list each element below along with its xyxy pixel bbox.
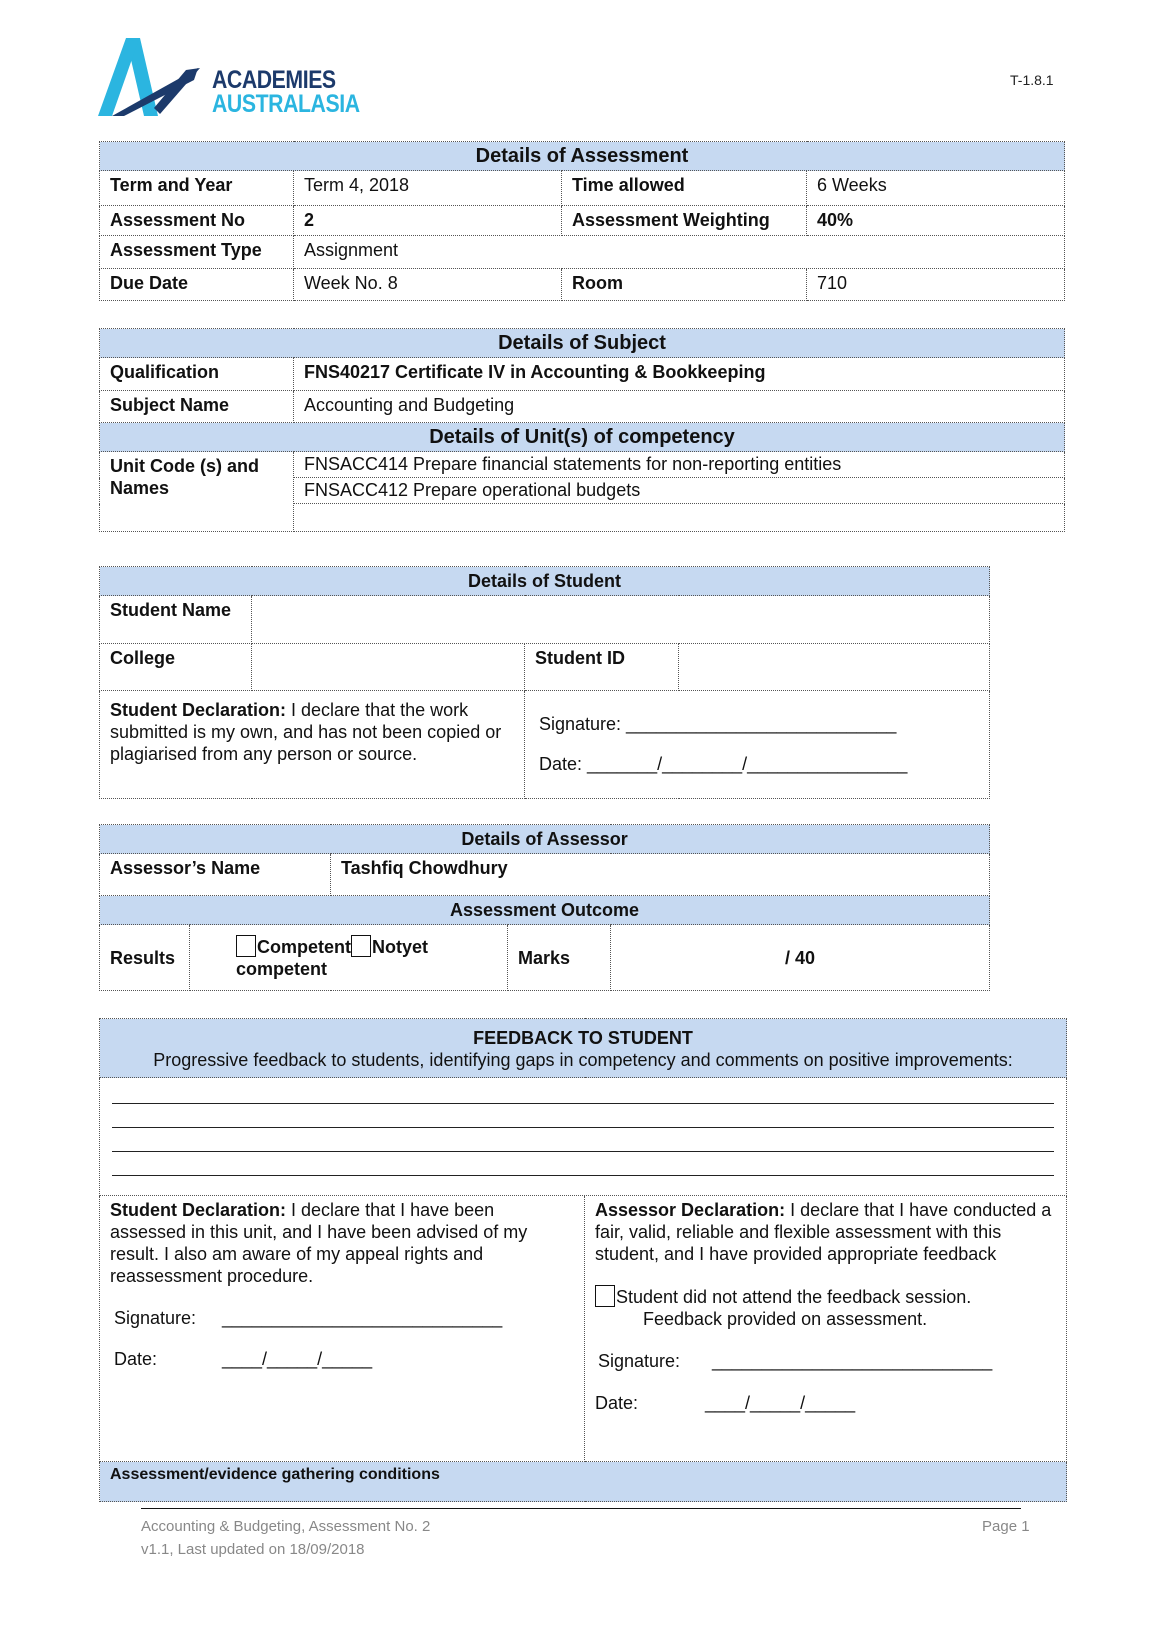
assessor-signature-label: Signature: (598, 1350, 712, 1372)
assessor-details-table: Details of Assessor Assessor’s Name Tash… (99, 824, 990, 991)
date-line[interactable]: Date: _______/________/________________ (539, 753, 975, 775)
feedback-subtitle: Progressive feedback to students, identi… (110, 1049, 1056, 1071)
competent-checkbox[interactable] (236, 935, 256, 957)
competent-label: Competent (257, 937, 351, 957)
results-label: Results (100, 925, 190, 991)
logo-a-icon (98, 38, 208, 120)
student-declaration: Student Declaration: I declare that the … (100, 691, 525, 799)
section-title: Details of Assessment (100, 142, 1065, 171)
marks-label: Marks (508, 925, 611, 991)
no-attend-sublabel: Feedback provided on assessment. (595, 1308, 1056, 1330)
logo-text-australasia: AUSTRALASIA (212, 92, 360, 116)
student-date-line[interactable]: ____/_____/_____ (222, 1349, 372, 1369)
assessor-declaration: Assessor Declaration: I declare that I h… (585, 1196, 1067, 1462)
subject-name-value: Accounting and Budgeting (294, 391, 1065, 423)
term-label: Term and Year (100, 171, 294, 206)
outcome-section-title: Assessment Outcome (100, 896, 990, 925)
document-reference: T-1.8.1 (1010, 72, 1054, 88)
declaration-heading: Student Declaration: (110, 700, 286, 720)
room-value: 710 (807, 269, 1065, 301)
student-signature-line[interactable]: ____________________________ (222, 1308, 502, 1328)
assessment-type-value: Assignment (294, 236, 1065, 269)
student-id-label: Student ID (525, 644, 679, 691)
qualification-value: FNS40217 Certificate IV in Accounting & … (294, 358, 1065, 391)
feedback-line (112, 1152, 1054, 1176)
feedback-line (112, 1128, 1054, 1152)
feedback-line (112, 1104, 1054, 1128)
due-date-value: Week No. 8 (294, 269, 562, 301)
marks-value[interactable]: / 40 (611, 925, 990, 991)
results-options: CompetentNotyet competent (190, 925, 508, 991)
student-final-declaration: Student Declaration: I declare that I ha… (100, 1196, 585, 1462)
student-name-label: Student Name (100, 596, 252, 644)
assessor-name-label: Assessor’s Name (100, 854, 331, 896)
subject-details-table: Details of Subject Qualification FNS4021… (99, 328, 1065, 532)
assessor-date-line[interactable]: ____/_____/_____ (705, 1393, 855, 1413)
units-section-title: Details of Unit(s) of competency (100, 423, 1065, 452)
college-label: College (100, 644, 252, 691)
assessor-declaration-heading: Assessor Declaration: (595, 1200, 785, 1220)
footer-title: Accounting & Budgeting, Assessment No. 2 (141, 1518, 430, 1535)
student-signature-block: Signature: ___________________________ D… (525, 691, 990, 799)
unit-codes-label: Unit Code (s) and Names (100, 452, 294, 532)
no-attend-checkbox[interactable] (595, 1285, 615, 1307)
room-label: Room (562, 269, 807, 301)
no-attend-label: Student did not attend the feedback sess… (616, 1287, 971, 1307)
assessment-type-label: Assessment Type (100, 236, 294, 269)
section-title: Details of Subject (100, 329, 1065, 358)
student-id-field[interactable] (679, 644, 990, 691)
assessment-no-value: 2 (294, 206, 562, 236)
section-title: Details of Student (100, 567, 990, 596)
assessment-no-label: Assessment No (100, 206, 294, 236)
student-details-table: Details of Student Student Name College … (99, 566, 990, 799)
student-name-field[interactable] (252, 596, 990, 644)
unit-item: FNSACC414 Prepare financial statements f… (294, 452, 1065, 478)
feedback-line (112, 1080, 1054, 1104)
academies-australasia-logo: ACADEMIES AUSTRALASIA (98, 38, 363, 120)
weighting-value: 40% (807, 206, 1065, 236)
footer-divider (141, 1508, 1021, 1509)
signature-line[interactable]: Signature: ___________________________ (539, 713, 975, 735)
not-competent-checkbox[interactable] (351, 935, 371, 957)
feedback-table: FEEDBACK TO STUDENT Progressive feedback… (99, 1018, 1067, 1502)
logo-text-academies: ACADEMIES (212, 68, 336, 92)
term-value: Term 4, 2018 (294, 171, 562, 206)
time-allowed-label: Time allowed (562, 171, 807, 206)
qualification-label: Qualification (100, 358, 294, 391)
college-field[interactable] (252, 644, 525, 691)
student-declaration-heading: Student Declaration: (110, 1200, 286, 1220)
assessor-signature-line[interactable]: ____________________________ (712, 1351, 992, 1371)
time-allowed-value: 6 Weeks (807, 171, 1065, 206)
assessor-date-label: Date: (595, 1392, 705, 1414)
feedback-lines[interactable] (100, 1078, 1067, 1196)
section-title: Details of Assessor (100, 825, 990, 854)
weighting-label: Assessment Weighting (562, 206, 807, 236)
feedback-header: FEEDBACK TO STUDENT Progressive feedback… (100, 1019, 1067, 1078)
subject-name-label: Subject Name (100, 391, 294, 423)
student-date-label: Date: (114, 1348, 222, 1370)
footer-version: v1.1, Last updated on 18/09/2018 (141, 1541, 365, 1558)
conditions-header: Assessment/evidence gathering conditions (100, 1462, 1067, 1502)
feedback-title: FEEDBACK TO STUDENT (110, 1027, 1056, 1049)
student-signature-label: Signature: (114, 1307, 222, 1329)
assessment-details-table: Details of Assessment Term and Year Term… (99, 141, 1065, 301)
unit-item (294, 504, 1065, 532)
assessor-name-value: Tashfiq Chowdhury (331, 854, 990, 896)
footer-page-number: Page 1 (982, 1518, 1030, 1535)
due-date-label: Due Date (100, 269, 294, 301)
unit-item: FNSACC412 Prepare operational budgets (294, 478, 1065, 504)
